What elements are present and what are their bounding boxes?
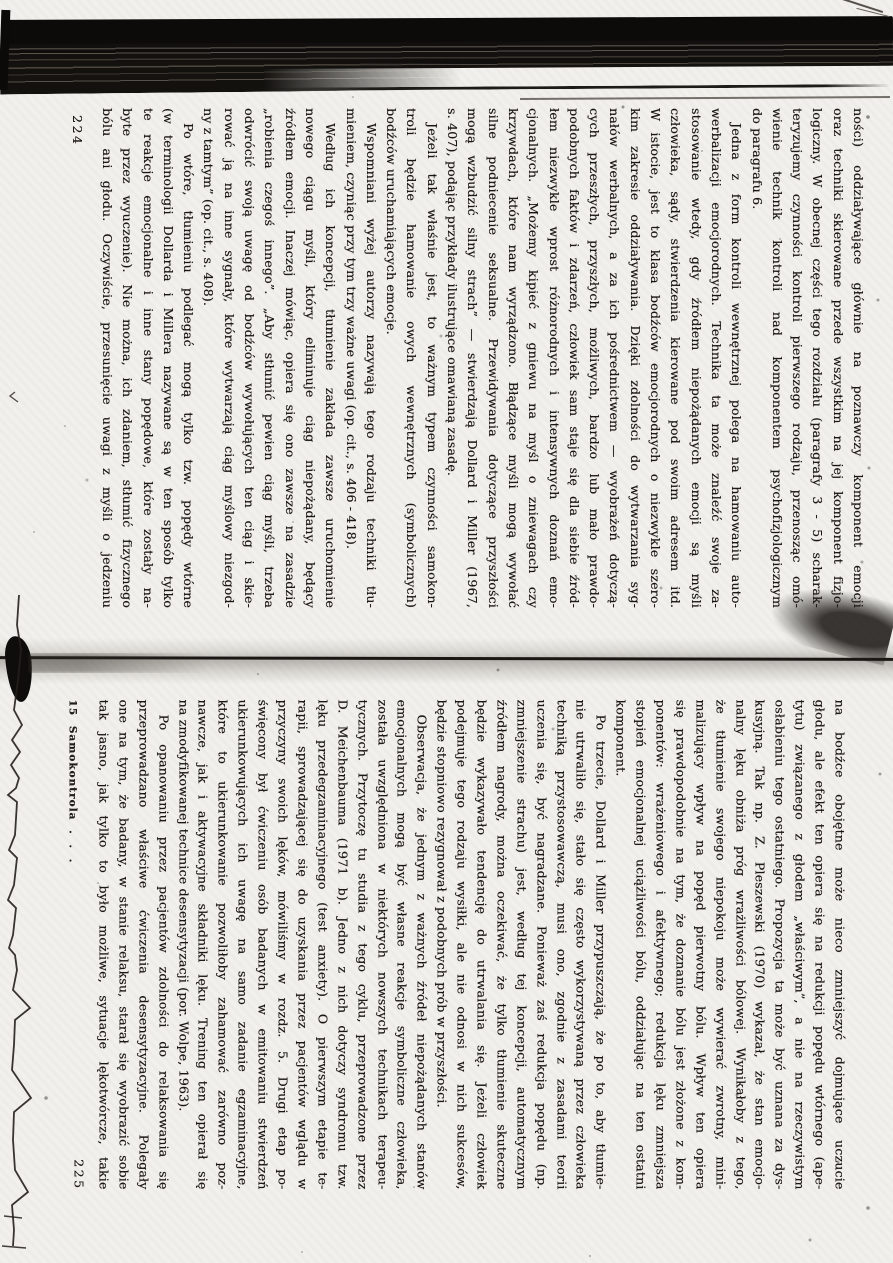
text-line: cych przeszłych, przyszłych, możliwych, … bbox=[584, 108, 604, 608]
text-line: tytu) związanego z głodem „właściwym”, a… bbox=[790, 700, 810, 1190]
text-line: techniką przystosowawczą, musi ono, zgod… bbox=[551, 700, 571, 1190]
signature-mark: 15 Samokontrola . . . bbox=[67, 700, 79, 864]
text-line: stopień emocjonalnej uciążliwości bólu, … bbox=[631, 700, 651, 1190]
text-line: s. 407), podając przykłady ilustrujące o… bbox=[442, 108, 462, 608]
text-line: stosowanie wtedy, gdy źródłem niepożądan… bbox=[685, 108, 705, 608]
text-line: teryzujemy czynności kontroli pierwszego… bbox=[787, 108, 807, 608]
scan-noise-specks bbox=[0, 0, 2, 2]
book-page-225: na bodźce obojętne może nieco zmniejszyć… bbox=[31, 640, 886, 1240]
text-line: mieniem, czyniąc przy tym trzy ważne uwa… bbox=[340, 108, 360, 608]
text-line: bodźców uruchamiających emocje. bbox=[381, 108, 401, 608]
text-line: rować ją na inne sygnały, które wytwarza… bbox=[219, 108, 239, 608]
text-line: Po wtóre, tłumieniu podlegać mogą tylko … bbox=[178, 108, 198, 608]
text-line: człowieka, sądy, stwierdzenia kierowane … bbox=[665, 108, 685, 608]
text-line: przyczyny swoich lęków, mówiliśmy w rozd… bbox=[273, 700, 293, 1190]
text-line: źródłem emocji. Inaczej mówiąc, opiera s… bbox=[279, 108, 299, 608]
text-line: nawcze, jak i aktywacyjne składniki lęku… bbox=[193, 700, 213, 1190]
text-line: troli będzie hamowanie owych wewnętrznyc… bbox=[401, 108, 421, 608]
page-number-225: 225 bbox=[72, 1145, 87, 1191]
text-line: silne podniecenie seksualne. Przewidywan… bbox=[482, 108, 502, 608]
text-line: została uwzględniona w niektórych nowszy… bbox=[372, 700, 392, 1190]
text-line: (w terminologii Dollarda i Millera nazyw… bbox=[158, 108, 178, 608]
text-line: osłabieniu tego ostatniego. Propozycja t… bbox=[770, 700, 790, 1190]
text-line: te reakcje emocjonalne i inne stany popę… bbox=[137, 108, 157, 608]
text-line: będzie wykazywało tendencję do utrwalani… bbox=[472, 700, 492, 1190]
text-line: mogą wzbudzić silny strach” — stwierdzaj… bbox=[462, 108, 482, 608]
text-line: tak jasno, jak tylko to było możliwe, sy… bbox=[94, 700, 114, 1190]
text-line: ny z tamtym” (op. cit., s. 408). bbox=[198, 108, 218, 608]
text-line: źródłem nagrody, można oczekiwać, że tyl… bbox=[491, 700, 511, 1190]
text-line: komponent. bbox=[611, 700, 631, 1190]
text-line: Według ich koncepcji, tłumienie zakłada … bbox=[320, 108, 340, 608]
page-224-text-block: ności) oddziaływające głównie na poznawc… bbox=[97, 108, 868, 608]
text-line: emocjonalnych mogą być własne reakcje sy… bbox=[392, 700, 412, 1190]
text-line: krzywdach, które nam wyrządzono. Błądząc… bbox=[503, 108, 523, 608]
text-line: się prawdopodobnie na tym, że doznanie b… bbox=[670, 700, 690, 1190]
text-line: Po trzecie, Dollard i Miller przypuszcza… bbox=[591, 700, 611, 1190]
text-line: podejmuje tego rodzaju wysiłki, ale nie … bbox=[452, 700, 472, 1190]
text-line: werbalizacji emocjorodnych. Technika ta … bbox=[706, 108, 726, 608]
text-line: byte przez wyuczenie). Nie można, ich zd… bbox=[117, 108, 137, 608]
text-line: nowego ciągu myśli, który eliminuje ciąg… bbox=[300, 108, 320, 608]
text-line: kusyjną. Tak np. Z. Pleszewski (1970) wy… bbox=[750, 700, 770, 1190]
text-line: zmniejszenie strachu) jest, według tej k… bbox=[511, 700, 531, 1190]
text-line: łem niezwykle wprost różnorodnych i inte… bbox=[543, 108, 563, 608]
text-line: Jedna z form kontroli wewnętrznej polega… bbox=[726, 108, 746, 608]
text-line: lęku przedegzaminacyjnego (test anxiety)… bbox=[312, 700, 332, 1190]
text-line: na bodźce obojętne może nieco zmniejszyć… bbox=[830, 700, 850, 1190]
text-line: one na tym, że badany, w stanie relaksu,… bbox=[114, 700, 134, 1190]
text-line: malizujący wpływ na popęd pierwotny bólu… bbox=[690, 700, 710, 1190]
text-line: do paragrafu 6. bbox=[746, 108, 766, 608]
scanned-book-spread: ności) oddziaływające głównie na poznawc… bbox=[0, 0, 893, 1263]
text-line: Obserwacja, że jednym z ważnych źródeł n… bbox=[412, 700, 432, 1190]
text-line: ności) oddziaływające głównie na poznawc… bbox=[848, 108, 868, 608]
text-line: bólu ani głodu. Oczywiście, przesunięcie… bbox=[97, 108, 117, 608]
text-line: że tłumienie swojego niepokoju może wywi… bbox=[710, 700, 730, 1190]
scan-scratch-artifact bbox=[839, 0, 883, 13]
text-line: przeprowadzano właściwe ćwiczenia desens… bbox=[133, 700, 153, 1190]
text-line: podobnych faktów i zdarzeń, człowiek sam… bbox=[564, 108, 584, 608]
text-line: ukierunkowujących ich uwagę na samo zada… bbox=[233, 700, 253, 1190]
scan-wrinkle-squiggle-artifact bbox=[0, 380, 44, 1260]
text-line: na zmodyfikowanej technice desensytyzacj… bbox=[173, 700, 193, 1190]
text-line: ponentów: wrażeniowego i afektywnego; re… bbox=[651, 700, 671, 1190]
text-line: uczenia się, być nagradzane. Ponieważ za… bbox=[531, 700, 551, 1190]
book-page-224: ności) oddziaływające głównie na poznawc… bbox=[60, 93, 893, 618]
text-line: nałów werbalnych, a za ich pośrednictwem… bbox=[604, 108, 624, 608]
text-line: które to ukierunkowanie pozwoliłoby zaha… bbox=[213, 700, 233, 1190]
text-line: Jeżeli tak właśnie jest, to ważnym typem… bbox=[421, 108, 441, 608]
text-line: oraz techniki skierowane przede wszystki… bbox=[827, 108, 847, 608]
text-line: głodu, ale efekt ten opiera się na reduk… bbox=[810, 700, 830, 1190]
text-line: Po opanowaniu przez pacjentów zdolności … bbox=[153, 700, 173, 1190]
text-line: W istocie, jest to klasa bodźców emocjor… bbox=[645, 108, 665, 608]
text-line: nie utrwaliło się, stało się często wyko… bbox=[571, 700, 591, 1190]
text-line: wienie technik kontroli nad komponentem … bbox=[767, 108, 787, 608]
text-line: kim zakresie oddziaływania. Dzięki zdoln… bbox=[624, 108, 644, 608]
text-line: będzie stopniowo rezygnował z podobnych … bbox=[432, 700, 452, 1190]
text-line: święcony był ćwiczeniu osób badanych w e… bbox=[253, 700, 273, 1190]
text-line: Wspomniani wyżej autorzy nazywają tego r… bbox=[361, 108, 381, 608]
text-line: D. Meichenbauma (1971 b). Jedno z nich d… bbox=[332, 700, 352, 1190]
text-line: cjonalnych. „Możemy kipieć z gniewu na m… bbox=[523, 108, 543, 608]
text-line: odwrócić swoją uwagę od bodźców wywołują… bbox=[239, 108, 259, 608]
text-line: rapii, sprowadzającej się do uzyskania p… bbox=[293, 700, 313, 1190]
page-number-224: 224 bbox=[70, 115, 85, 146]
text-line: tycznych. Przytoczę tu studia z tego cyk… bbox=[352, 700, 372, 1190]
text-line: nalny lęku obniża próg wrażliwości bólow… bbox=[730, 700, 750, 1190]
text-line: „robienia czegoś innego”. „Aby stłumić p… bbox=[259, 108, 279, 608]
text-line: logiczny. W obecnej części tego rozdział… bbox=[807, 108, 827, 608]
page-225-text-block: na bodźce obojętne może nieco zmniejszyć… bbox=[94, 700, 850, 1190]
